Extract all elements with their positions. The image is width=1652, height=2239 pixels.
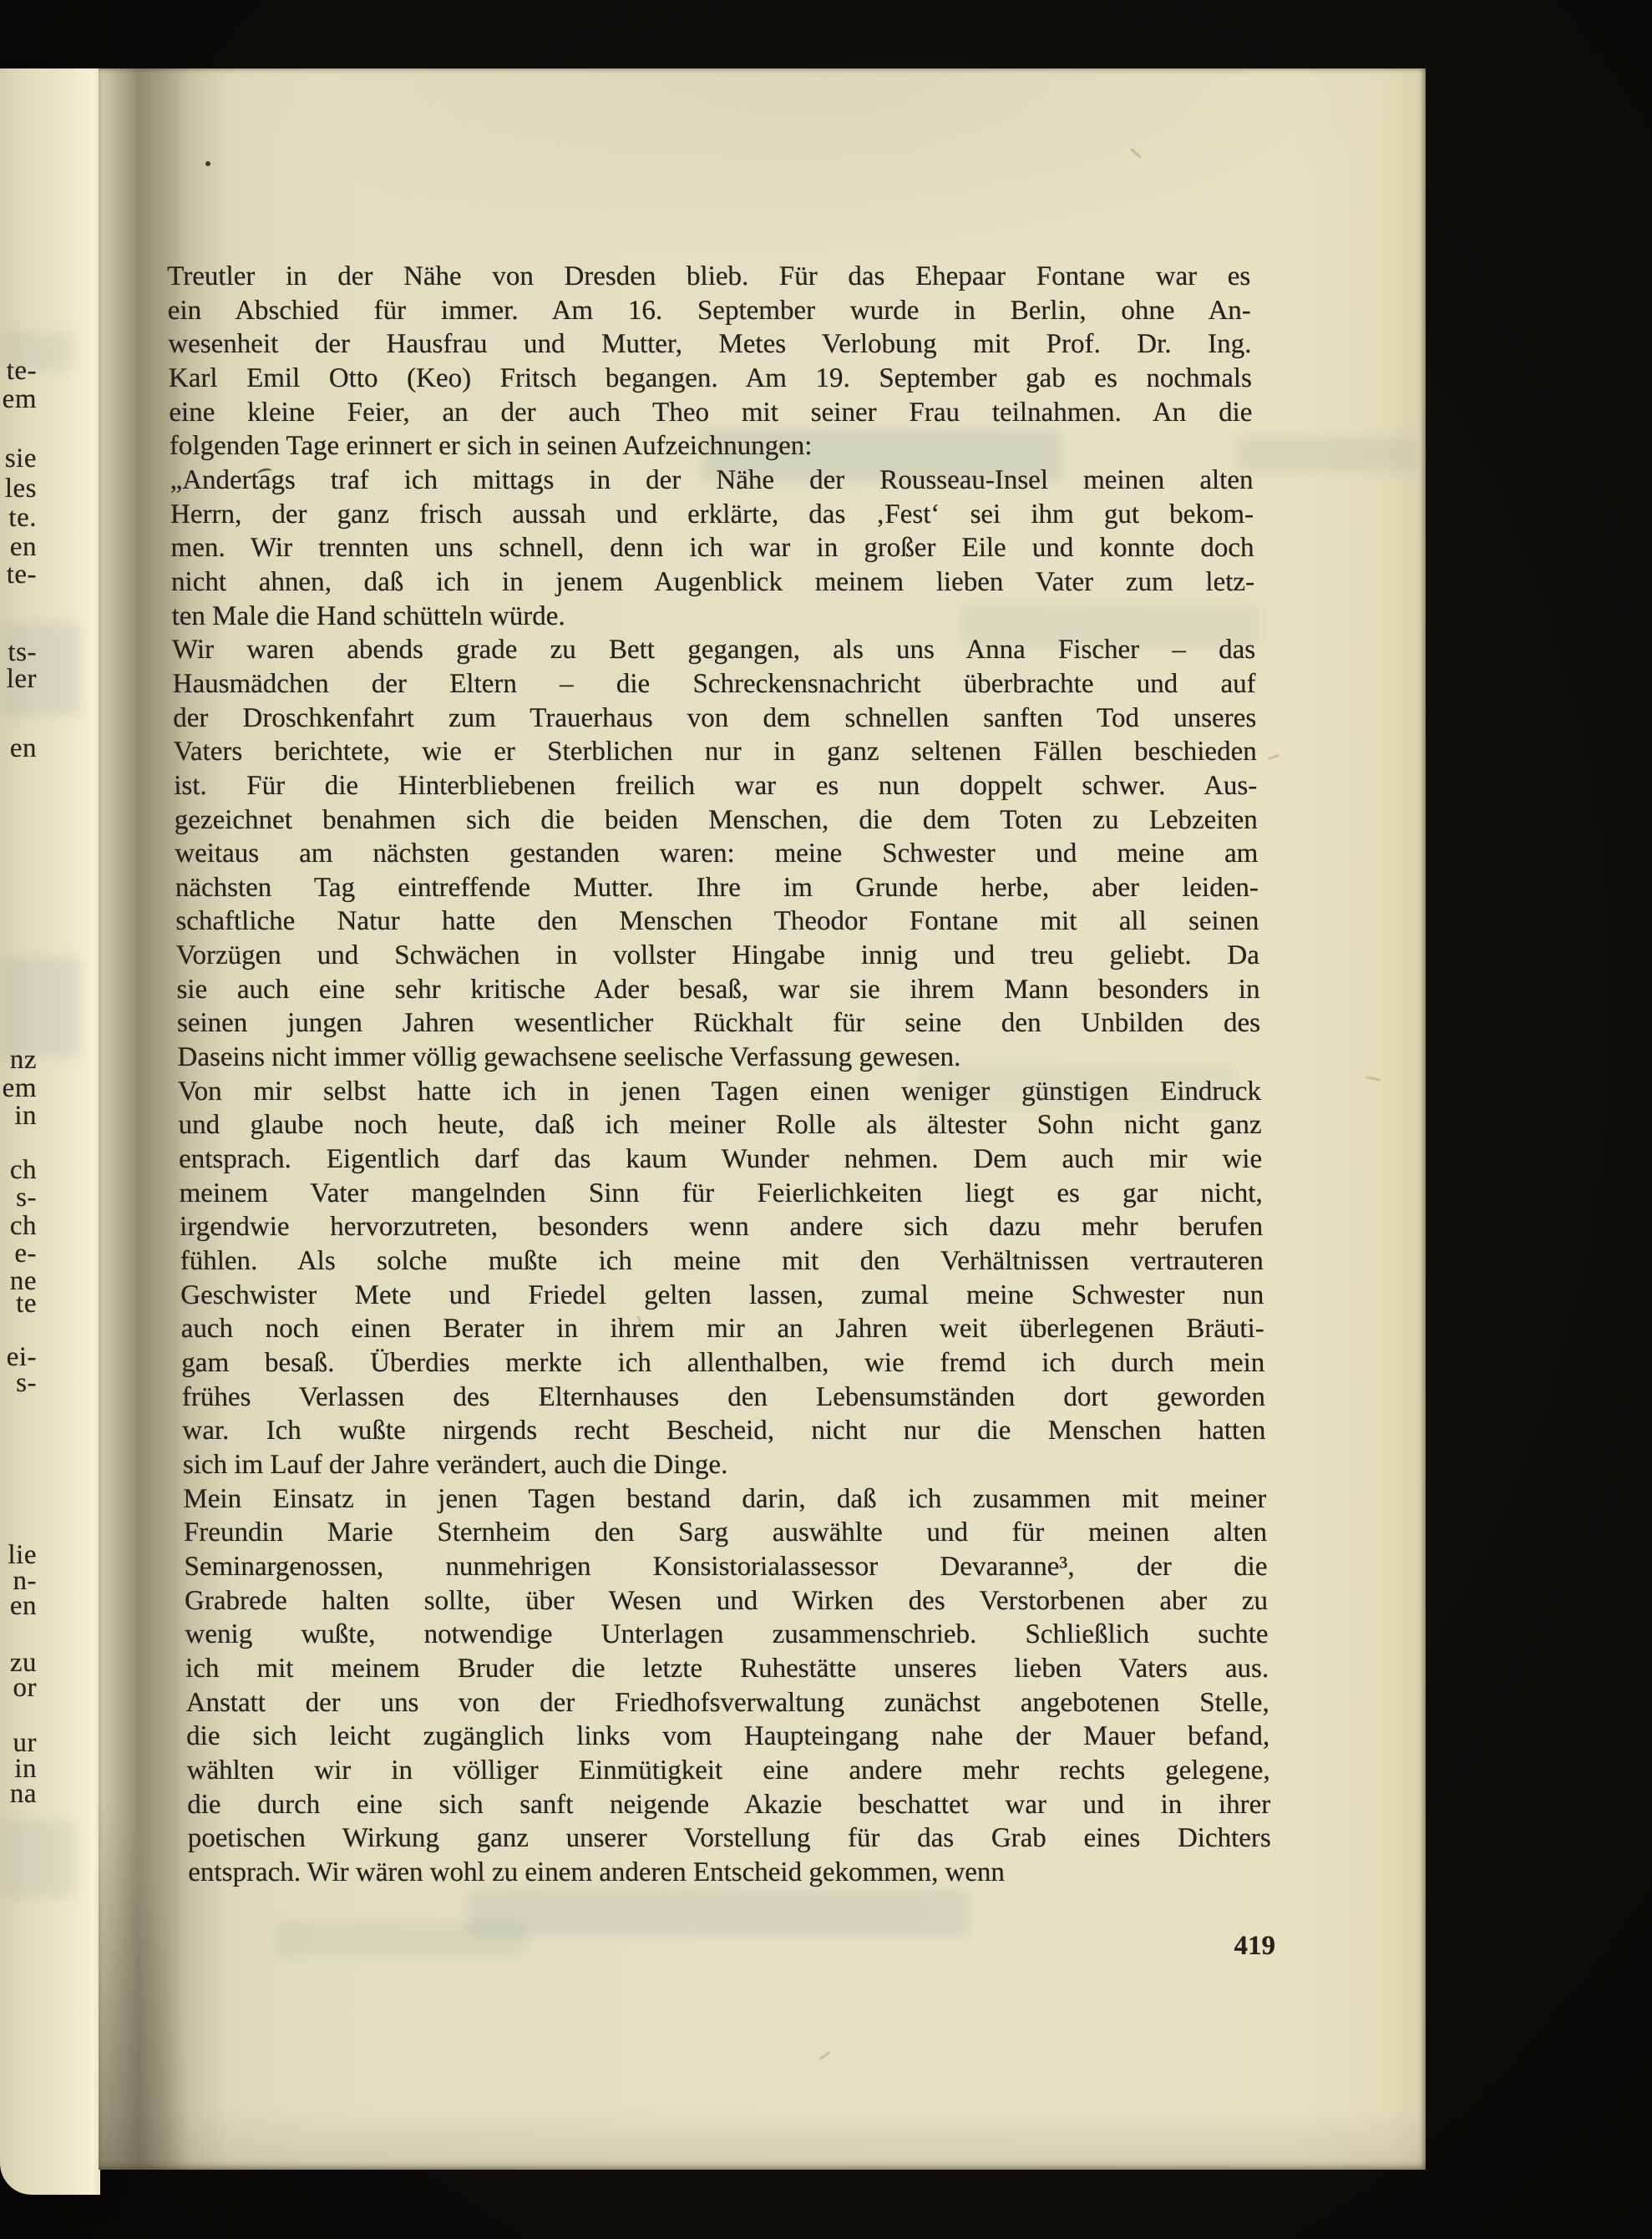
edge-fragment: les: [0, 474, 37, 503]
edge-fragment: sie: [0, 444, 37, 473]
text-line: Wir waren abends grade zu Bett gegangen,…: [172, 633, 1256, 667]
edge-fragment: en: [0, 1592, 37, 1620]
text-line: Vorzügen und Schwächen in vollster Hinga…: [176, 939, 1260, 973]
text-block: Treutler in der Nähe von Dresden blieb. …: [167, 260, 1272, 1890]
text-line: die durch eine sich sanft neigende Akazi…: [187, 1788, 1271, 1822]
text-line: und glaube noch heute, daß ich meiner Ro…: [178, 1108, 1262, 1142]
text-line: eine kleine Feier, an der auch Theo mit …: [169, 396, 1253, 430]
facing-page-fragments: te-emsieleste.ente-ts-lerennzeminchs-che…: [0, 0, 38, 2239]
edge-fragment: ler: [0, 665, 37, 693]
text-line: men. Wir trennten uns schnell, denn ich …: [170, 531, 1254, 565]
text-line: Anstatt der uns von der Friedhofsverwalt…: [185, 1686, 1269, 1720]
edge-fragment: te-: [0, 560, 37, 589]
edge-fragment: en: [0, 533, 37, 561]
text-line: Geschwister Mete und Friedel gelten lass…: [180, 1279, 1264, 1313]
text-line: meinem Vater mangelnden Sinn für Feierli…: [179, 1177, 1263, 1211]
edge-fragment: ch: [0, 1156, 37, 1184]
text-line: Vaters berichtete, wie er Sterblichen nu…: [173, 735, 1257, 769]
text-line: Hausmädchen der Eltern – die Schreckensn…: [172, 667, 1256, 702]
text-line: irgendwie hervorzutreten, besonders wenn…: [180, 1210, 1264, 1244]
text-line: Karl Emil Otto (Keo) Fritsch begangen. A…: [169, 362, 1253, 396]
ink-speck: [205, 161, 210, 166]
text-line: fühlen. Als solche mußte ich meine mit d…: [180, 1244, 1264, 1279]
text-line: sie auch eine sehr kritische Ader besaß,…: [176, 973, 1260, 1007]
text-line: war. Ich wußte nirgends recht Bescheid, …: [182, 1414, 1266, 1448]
text-line: ein Abschied für immer. Am 16. September…: [168, 294, 1252, 328]
text-line: Seminargenossen, nunmehrigen Konsistoria…: [184, 1550, 1268, 1584]
text-line: der Droschkenfahrt zum Trauerhaus von de…: [173, 702, 1257, 736]
edge-fragment: te: [0, 1289, 37, 1318]
edge-fragment: na: [0, 1780, 37, 1808]
edge-fragment: em: [0, 385, 37, 413]
text-line: gezeichnet benahmen sich die beiden Mens…: [175, 803, 1259, 838]
text-line: Herrn, der ganz frisch aussah und erklär…: [170, 498, 1254, 532]
edge-fragment: e-: [0, 1239, 37, 1268]
text-line: entsprach. Wir wären wohl zu einem ander…: [188, 1856, 1272, 1890]
edge-fragment: ts-: [0, 638, 37, 666]
edge-fragment: en: [0, 734, 37, 762]
edge-fragment: s-: [0, 1369, 37, 1397]
text-line: seinen jungen Jahren wesentlicher Rückha…: [177, 1006, 1261, 1041]
text-line: Treutler in der Nähe von Dresden blieb. …: [167, 260, 1251, 294]
text-line: wesenheit der Hausfrau und Mutter, Metes…: [168, 327, 1252, 362]
edge-fragment: or: [0, 1674, 37, 1702]
text-line: wählten wir in völliger Einmütigkeit ein…: [186, 1754, 1270, 1788]
text-line: frühes Verlassen des Elternhauses den Le…: [182, 1380, 1266, 1415]
text-line: nicht ahnen, daß ich in jenem Augenblick…: [171, 565, 1255, 600]
text-line: „Andertags traf ich mittags in der Nähe …: [170, 464, 1254, 498]
page-number: 419: [1167, 1931, 1275, 1962]
edge-fragment: lie: [0, 1541, 37, 1569]
text-line: Grabrede halten sollte, über Wesen und W…: [185, 1584, 1269, 1618]
text-line: Mein Einsatz in jenen Tagen bestand dari…: [183, 1482, 1267, 1517]
text-line: weitaus am nächsten gestanden waren: mei…: [175, 837, 1259, 871]
text-line: Von mir selbst hatte ich in jenen Tagen …: [178, 1075, 1262, 1109]
text-line: sich im Lauf der Jahre verändert, auch d…: [183, 1448, 1267, 1482]
text-line: schaftliche Natur hatte den Menschen The…: [175, 904, 1259, 939]
scan-background: te-emsieleste.ente-ts-lerennzeminchs-che…: [0, 0, 1652, 2239]
edge-fragment: ch: [0, 1212, 37, 1240]
edge-fragment: te-: [0, 357, 37, 385]
text-line: Daseins nicht immer völlig gewachsene se…: [177, 1041, 1261, 1075]
text-line: die sich leicht zugänglich links vom Hau…: [186, 1720, 1270, 1754]
edge-fragment: te.: [0, 504, 37, 532]
text-line: ich mit meinem Bruder die letzte Ruhestä…: [185, 1652, 1269, 1686]
edge-fragment: nz: [0, 1046, 37, 1074]
text-line: ten Male die Hand schütteln würde.: [171, 600, 1255, 634]
text-line: nächsten Tag eintreffende Mutter. Ihre i…: [175, 871, 1259, 905]
edge-fragment: s-: [0, 1183, 37, 1212]
text-line: poetischen Wirkung ganz unserer Vorstell…: [187, 1821, 1271, 1856]
edge-fragment: ei-: [0, 1343, 37, 1371]
text-line: ist. Für die Hinterbliebenen freilich wa…: [174, 769, 1258, 803]
text-line: gam besaß. Überdies merkte ich allenthal…: [181, 1346, 1265, 1380]
text-line: wenig wußte, notwendige Unterlagen zusam…: [185, 1618, 1269, 1652]
edge-fragment: em: [0, 1074, 37, 1102]
text-line: folgenden Tage erinnert er sich in seine…: [170, 429, 1254, 464]
edge-fragment: in: [0, 1102, 37, 1130]
text-line: Freundin Marie Sternheim den Sarg auswäh…: [184, 1516, 1268, 1550]
text-line: auch noch einen Berater in ihrem mir an …: [180, 1312, 1264, 1346]
edge-fragment: ur: [0, 1729, 37, 1757]
text-line: entsprach. Eigentlich darf das kaum Wund…: [179, 1142, 1263, 1177]
